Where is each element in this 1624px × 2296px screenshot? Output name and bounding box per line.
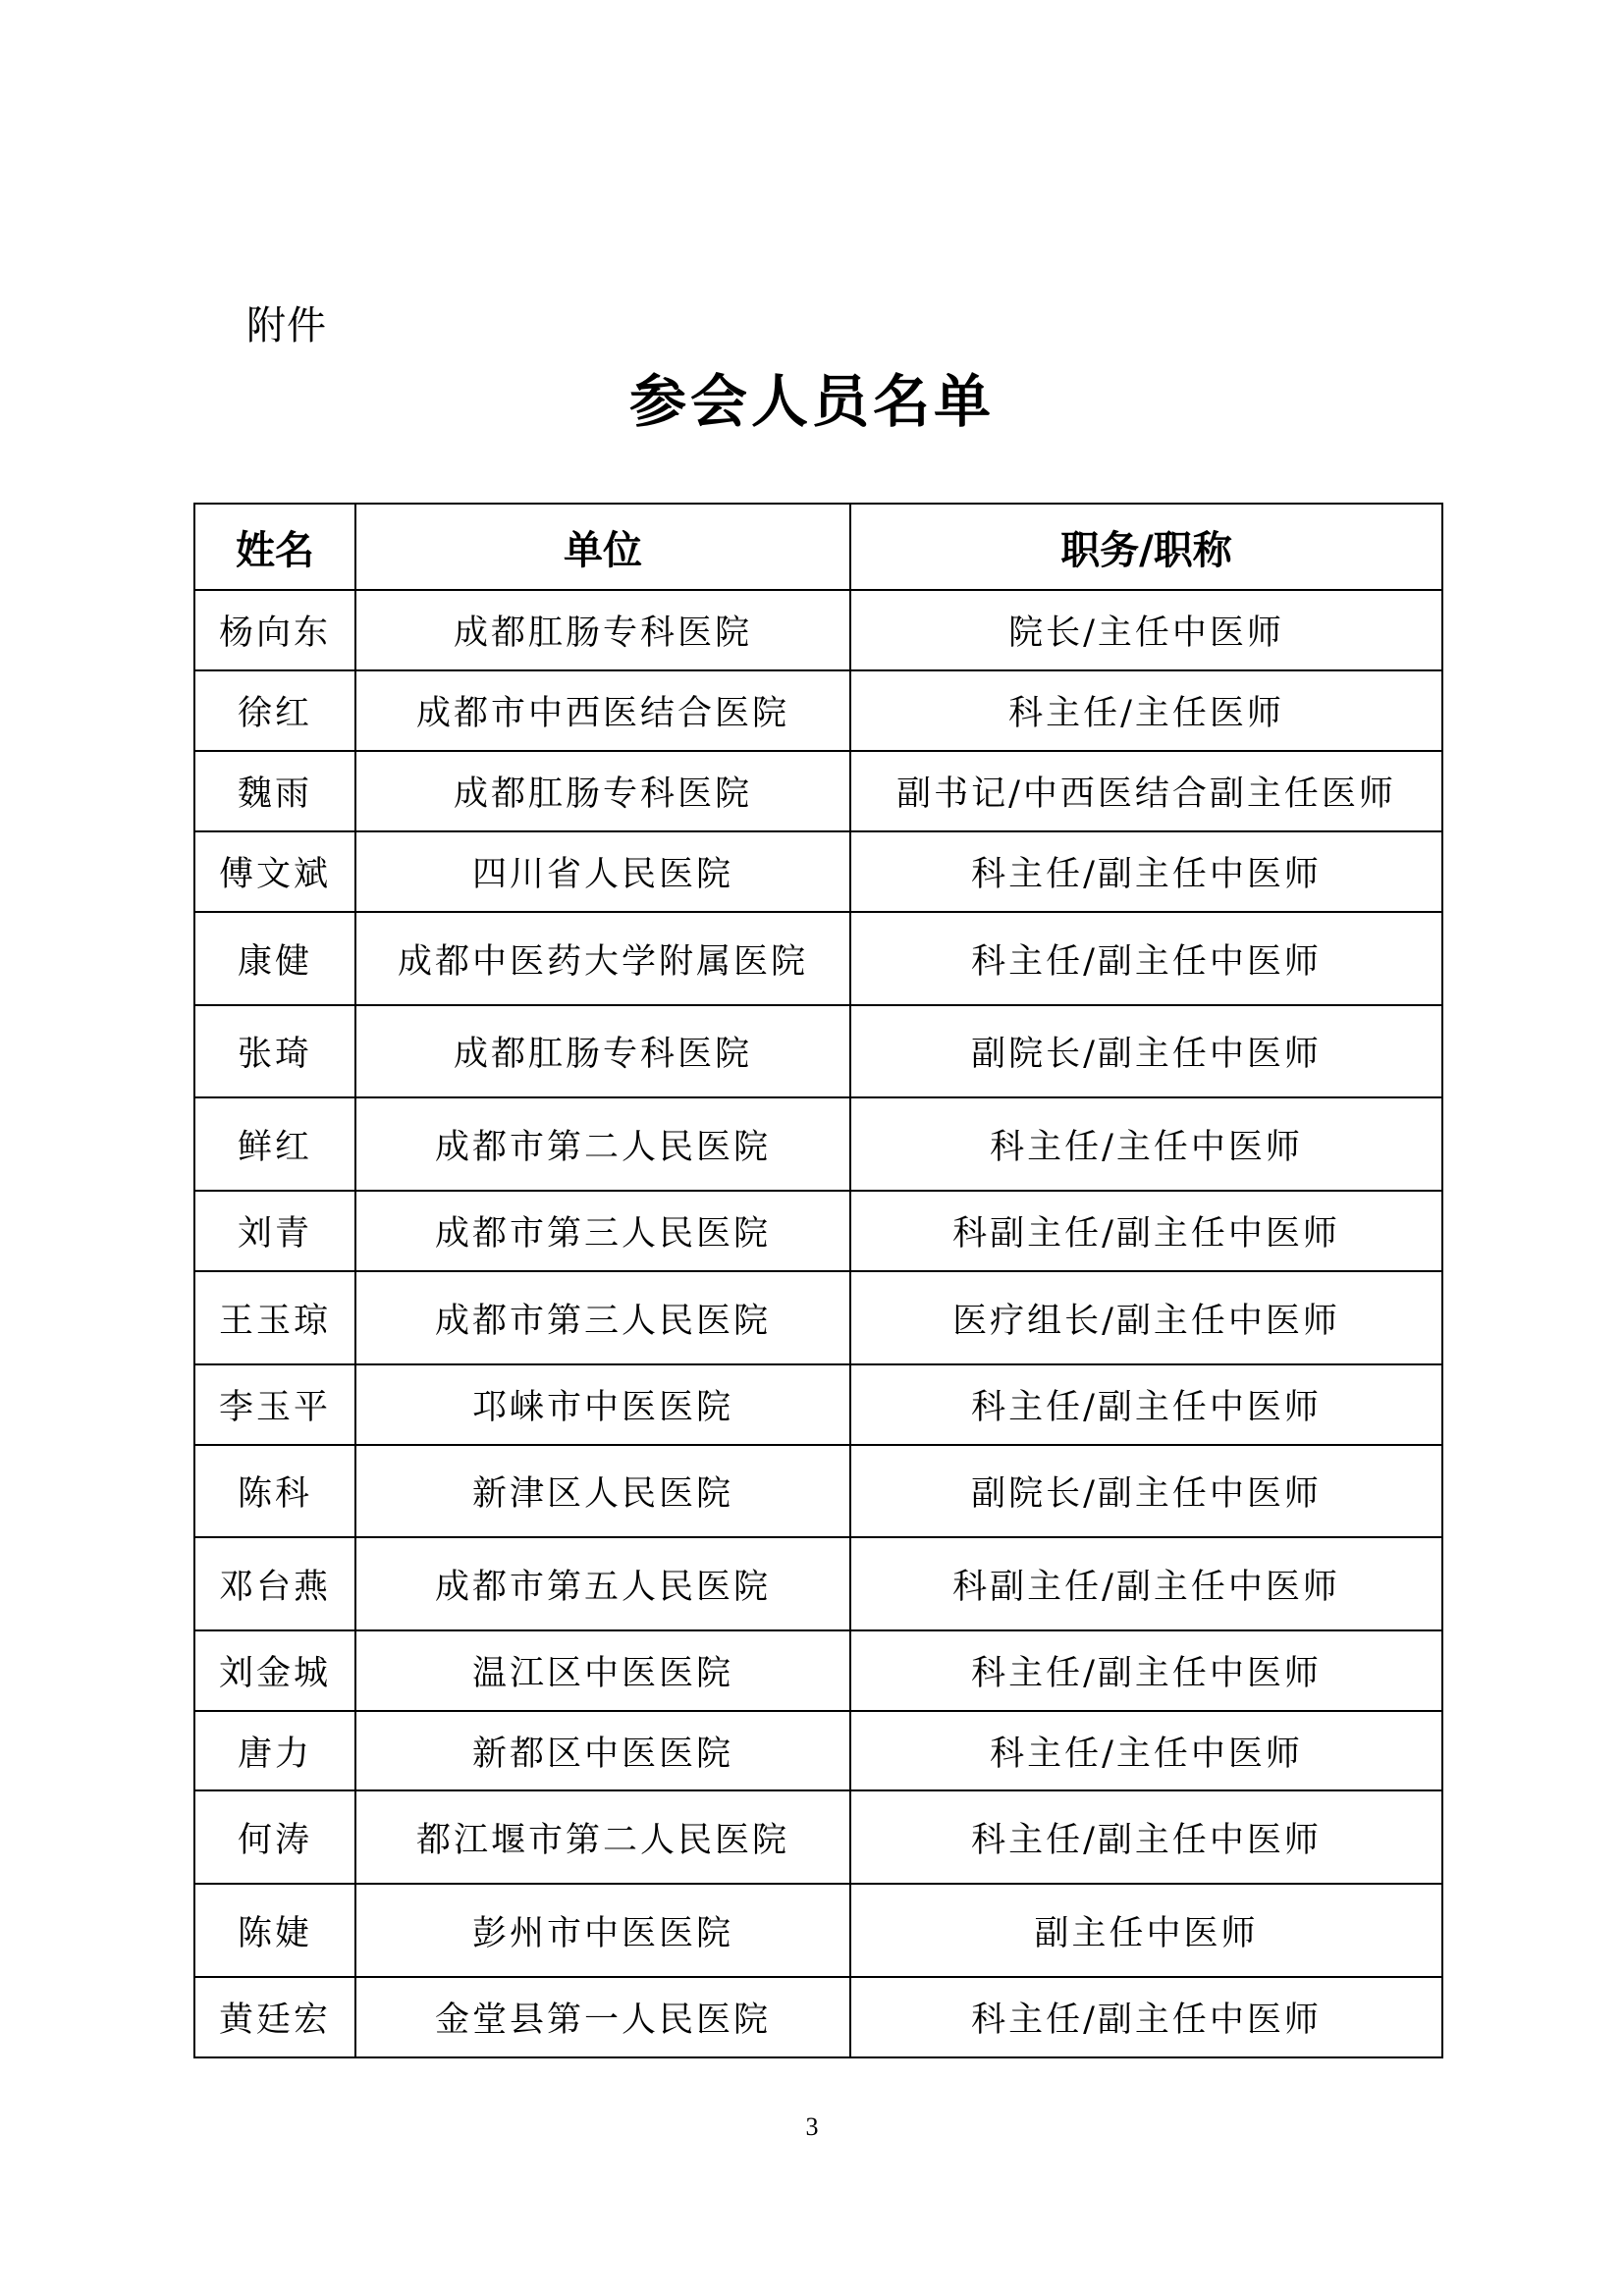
header-unit: 单位 [355,504,850,590]
table-row: 杨向东成都肛肠专科医院院长/主任中医师 [194,590,1442,670]
cell-name: 魏雨 [194,751,355,831]
cell-name: 陈婕 [194,1884,355,1977]
cell-name: 李玉平 [194,1364,355,1445]
cell-name: 邓台燕 [194,1537,355,1630]
table-row: 徐红成都市中西医结合医院科主任/主任医师 [194,670,1442,751]
cell-name: 黄廷宏 [194,1977,355,2057]
cell-name: 陈科 [194,1445,355,1537]
cell-unit: 邛崃市中医医院 [355,1364,850,1445]
table-row: 傅文斌四川省人民医院科主任/副主任中医师 [194,831,1442,912]
cell-unit: 成都市第三人民医院 [355,1271,850,1364]
cell-name: 康健 [194,912,355,1005]
cell-title: 科主任/副主任中医师 [850,1977,1442,2057]
header-name: 姓名 [194,504,355,590]
cell-name: 刘青 [194,1191,355,1271]
cell-title: 副院长/副主任中医师 [850,1445,1442,1537]
table-row: 王玉琼成都市第三人民医院医疗组长/副主任中医师 [194,1271,1442,1364]
cell-name: 刘金城 [194,1630,355,1711]
cell-title: 医疗组长/副主任中医师 [850,1271,1442,1364]
cell-title: 科主任/副主任中医师 [850,831,1442,912]
cell-title: 科主任/副主任中医师 [850,1630,1442,1711]
cell-unit: 温江区中医医院 [355,1630,850,1711]
cell-unit: 成都市第三人民医院 [355,1191,850,1271]
table-row: 陈婕彭州市中医医院副主任中医师 [194,1884,1442,1977]
cell-title: 科主任/副主任中医师 [850,912,1442,1005]
table-row: 李玉平邛崃市中医医院科主任/副主任中医师 [194,1364,1442,1445]
cell-unit: 成都中医药大学附属医院 [355,912,850,1005]
table-row: 刘金城温江区中医医院科主任/副主任中医师 [194,1630,1442,1711]
cell-unit: 彭州市中医医院 [355,1884,850,1977]
cell-unit: 四川省人民医院 [355,831,850,912]
cell-title: 科主任/主任中医师 [850,1097,1442,1191]
cell-name: 何涛 [194,1790,355,1884]
cell-name: 傅文斌 [194,831,355,912]
page-number: 3 [0,2112,1624,2142]
cell-unit: 成都肛肠专科医院 [355,1005,850,1097]
cell-title: 科主任/主任中医师 [850,1711,1442,1790]
table-row: 刘青成都市第三人民医院科副主任/副主任中医师 [194,1191,1442,1271]
cell-title: 科主任/副主任中医师 [850,1364,1442,1445]
cell-unit: 成都市中西医结合医院 [355,670,850,751]
cell-unit: 新津区人民医院 [355,1445,850,1537]
table-row: 张琦成都肛肠专科医院副院长/副主任中医师 [194,1005,1442,1097]
table-header-row: 姓名 单位 职务/职称 [194,504,1442,590]
cell-title: 副主任中医师 [850,1884,1442,1977]
cell-title: 科主任/主任医师 [850,670,1442,751]
table-row: 黄廷宏金堂县第一人民医院科主任/副主任中医师 [194,1977,1442,2057]
cell-unit: 成都肛肠专科医院 [355,751,850,831]
cell-name: 唐力 [194,1711,355,1790]
cell-name: 鲜红 [194,1097,355,1191]
page-title: 参会人员名单 [0,355,1624,438]
cell-unit: 成都市第二人民医院 [355,1097,850,1191]
cell-name: 张琦 [194,1005,355,1097]
cell-name: 杨向东 [194,590,355,670]
cell-name: 徐红 [194,670,355,751]
cell-title: 副院长/副主任中医师 [850,1005,1442,1097]
attendee-table: 姓名 单位 职务/职称 杨向东成都肛肠专科医院院长/主任中医师徐红成都市中西医结… [193,503,1443,2058]
cell-unit: 金堂县第一人民医院 [355,1977,850,2057]
table-row: 何涛都江堰市第二人民医院科主任/副主任中医师 [194,1790,1442,1884]
cell-unit: 新都区中医医院 [355,1711,850,1790]
table-row: 康健成都中医药大学附属医院科主任/副主任中医师 [194,912,1442,1005]
cell-unit: 成都市第五人民医院 [355,1537,850,1630]
cell-title: 科主任/副主任中医师 [850,1790,1442,1884]
attachment-label: 附件 [246,294,327,350]
header-title: 职务/职称 [850,504,1442,590]
cell-title: 院长/主任中医师 [850,590,1442,670]
table-row: 邓台燕成都市第五人民医院科副主任/副主任中医师 [194,1537,1442,1630]
cell-title: 科副主任/副主任中医师 [850,1537,1442,1630]
table-row: 魏雨成都肛肠专科医院副书记/中西医结合副主任医师 [194,751,1442,831]
cell-name: 王玉琼 [194,1271,355,1364]
cell-title: 科副主任/副主任中医师 [850,1191,1442,1271]
cell-unit: 都江堰市第二人民医院 [355,1790,850,1884]
cell-unit: 成都肛肠专科医院 [355,590,850,670]
table-row: 陈科新津区人民医院副院长/副主任中医师 [194,1445,1442,1537]
cell-title: 副书记/中西医结合副主任医师 [850,751,1442,831]
table-row: 鲜红成都市第二人民医院科主任/主任中医师 [194,1097,1442,1191]
table-row: 唐力新都区中医医院科主任/主任中医师 [194,1711,1442,1790]
